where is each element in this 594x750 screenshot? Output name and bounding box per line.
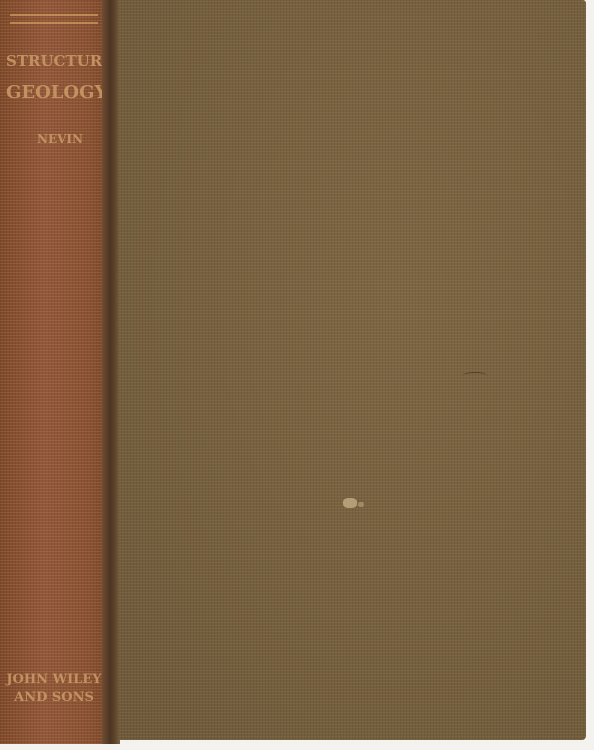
- gilt-rule: [10, 22, 98, 24]
- gilt-rule: [10, 14, 98, 16]
- cover-stain: [343, 498, 357, 508]
- spine-publisher-line2: AND SONS: [6, 690, 102, 705]
- spine-title-line2: GEOLOGY: [6, 82, 102, 103]
- spine-publisher-line1: JOHN WILEY: [6, 672, 102, 687]
- spine-author: NEVIN: [30, 132, 90, 146]
- spine-title-line1: STRUCTURAL: [6, 52, 102, 70]
- book-spine: STRUCTURAL GEOLOGY NEVIN JOHN WILEY AND …: [0, 0, 110, 744]
- cover-crease: [463, 372, 487, 379]
- book: STRUCTURAL GEOLOGY NEVIN JOHN WILEY AND …: [0, 0, 586, 746]
- front-cover: [118, 0, 586, 740]
- cover-stain: [358, 502, 364, 507]
